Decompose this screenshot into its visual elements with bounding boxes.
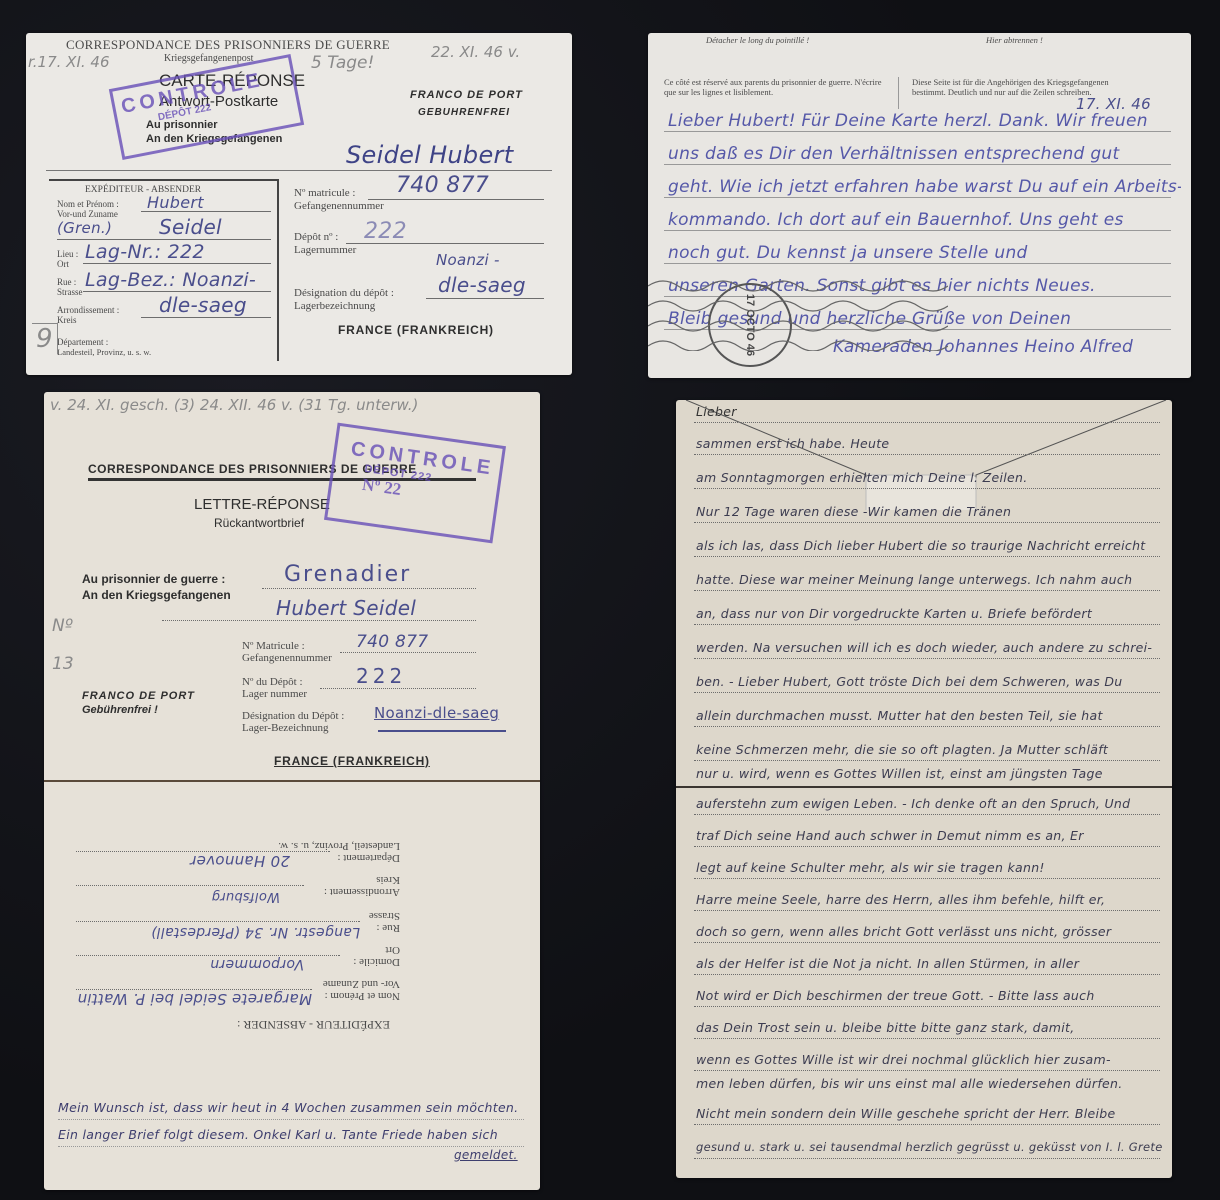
letter-line: allein durchmachen musst. Mutter hat den…: [696, 708, 1162, 723]
margin-number-label: Nº: [52, 616, 73, 636]
field-line: [340, 652, 476, 653]
matricule-label-de: Gefangenennummer: [242, 652, 332, 664]
street-value: Lag-Bez.: Noanzi-: [85, 269, 256, 291]
letter-line: gesund u. stark u. sei tausendmal herzli…: [696, 1140, 1162, 1154]
letter-line: an, dass nur von Dir vorgedruckte Karten…: [696, 606, 1162, 621]
letter-line: ben. - Lieber Hubert, Gott tröste Dich b…: [696, 674, 1162, 689]
matricule-label: Nº matricule :: [294, 187, 355, 199]
instructions-divider: [898, 77, 899, 109]
district-value: dle-saeg: [159, 293, 247, 317]
field-line: [76, 885, 304, 886]
letter-line: noch gut. Du kennst ja unsere Stelle und: [668, 243, 1181, 263]
street-label: Rue :: [57, 277, 76, 287]
margin-note: 9: [32, 323, 58, 354]
place-value: Lag-Nr.: 222: [85, 241, 205, 263]
field-line: [57, 239, 271, 240]
ruled-line: [694, 556, 1160, 557]
designation-label-de: Lagerbezeichnung: [294, 300, 375, 312]
wavy-cancellation-icon: [648, 271, 948, 351]
addressee-label-de: An den Kriegsgefangenen: [82, 588, 231, 602]
detach-label-fr: Détacher le long du pointillé !: [706, 35, 809, 45]
street-value: Langestr. Nr. 34 (Pferdestall): [151, 924, 360, 940]
letter-line: wenn es Gottes Wille ist wir drei nochma…: [696, 1052, 1162, 1067]
field-line: [320, 688, 476, 689]
designation-label: Désignation du Dépôt :: [242, 710, 344, 722]
ruled-line: [694, 454, 1160, 455]
matricule-label: Nº Matricule :: [242, 640, 305, 652]
letter-line: uns daß es Dir den Verhältnissen entspre…: [668, 144, 1181, 164]
letter-line: Nicht mein sondern dein Wille geschehe s…: [696, 1106, 1162, 1121]
ruled-line: [694, 522, 1160, 523]
addressee-name: Hubert Seidel: [276, 596, 416, 620]
letter-line: Lieber Hubert! Für Deine Karte herzl. Da…: [668, 111, 1181, 131]
name-label: Nom et Prénom :: [57, 199, 119, 209]
field-line: [76, 989, 312, 990]
letter-line: auferstehn zum ewigen Leben. - Ich denke…: [696, 796, 1162, 811]
street-label: Rue :: [376, 922, 400, 934]
message-line: Mein Wunsch ist, dass wir heut in 4 Woch…: [58, 1100, 530, 1115]
ruled-line: [694, 1124, 1160, 1125]
street-label-de: Strasse: [57, 287, 83, 297]
field-line: [141, 317, 271, 318]
letter-line: Lieber: [696, 404, 1162, 419]
fold-line: [676, 786, 1172, 788]
name-label: Nom et Prénom :: [325, 990, 400, 1002]
domicile-value: Vorpommern: [210, 956, 304, 972]
domicile-label: Domicile :: [353, 956, 400, 968]
margin-number: 13: [52, 654, 74, 674]
name-label-de: Vor-und Zuname: [57, 209, 118, 219]
matricule-value: 740 877: [396, 173, 489, 198]
street-label-de: Strasse: [369, 910, 400, 922]
name-label-de: Vor- und Zuname: [323, 978, 400, 990]
ruled-line: [694, 760, 1160, 761]
ruled-line: [694, 974, 1160, 975]
field-line: [141, 211, 271, 212]
letter-line: als der Helfer ist die Not ja nicht. In …: [696, 956, 1162, 971]
controle-stamp: CONTROLE DÉPOT 222 Nº 22: [324, 423, 506, 544]
depot-label: Nº du Dépôt :: [242, 676, 303, 688]
field-line: [76, 921, 360, 922]
sender-first-name: Hubert: [147, 193, 204, 212]
pencil-note-top: v. 24. XI. gesch. (3) 24. XII. 46 v. (31…: [50, 396, 418, 414]
district-label-de: Kreis: [57, 315, 77, 325]
ruled-line: [664, 263, 1171, 264]
district-label-de: Kreis: [376, 874, 400, 886]
card-header-title: CORRESPONDANCE DES PRISONNIERS DE GUERRE: [66, 37, 390, 53]
ruled-line: [694, 1006, 1160, 1007]
letter-line: keine Schmerzen mehr, die sie so oft pla…: [696, 742, 1162, 757]
ruled-line: [694, 590, 1160, 591]
addressee-label-fr: Au prisonnier de guerre :: [82, 572, 225, 586]
ruled-line: [58, 1146, 524, 1147]
field-line: [162, 620, 476, 621]
designation-label: Désignation du dépôt :: [294, 287, 394, 299]
sender-last-name: Seidel: [159, 215, 222, 239]
letter-line: Not wird er Dich beschirmen der treue Go…: [696, 988, 1162, 1003]
ruled-line: [694, 910, 1160, 911]
sender-name-value: Margarete Seidel bei P. Wattin: [77, 990, 312, 1008]
letter-line: das Dein Trost sein u. bleibe bitte bitt…: [696, 1020, 1162, 1035]
letter-line: sammen erst ich habe. Heute: [696, 436, 1162, 451]
ruled-line: [694, 692, 1160, 693]
divider: [46, 170, 552, 171]
addressee-name: Seidel Hubert: [346, 141, 513, 169]
ruled-line: [694, 846, 1160, 847]
letter-line: Nur 12 Tage waren diese -Wir kamen die T…: [696, 504, 1162, 519]
letter-line: werden. Na versuchen will ich es doch wi…: [696, 640, 1162, 655]
place-label-de: Ort: [57, 259, 69, 269]
sender-rank: (Gren.): [57, 219, 112, 237]
pencil-note-date: 22. XI. 46 v.: [431, 43, 520, 61]
designation-value: Noanzi-dle-saeg: [374, 704, 499, 722]
letter-back-card: Lieber sammen erst ich habe. Heute am So…: [676, 400, 1172, 1178]
field-line: [262, 588, 476, 589]
place-label: Lieu :: [57, 249, 78, 259]
field-line: [83, 263, 271, 264]
district-label: Arrondissement :: [57, 305, 119, 315]
pencil-note-received: r.17. XI. 46: [28, 53, 110, 71]
depot-value: 222: [356, 664, 406, 688]
field-line: [426, 298, 544, 299]
depot-label-de: Lager nummer: [242, 688, 307, 700]
country-label: FRANCE (FRANKREICH): [274, 754, 430, 768]
field-line: [76, 851, 330, 852]
field-line: [83, 291, 271, 292]
instructions-fr: Ce côté est réservé aux parents du priso…: [664, 77, 884, 97]
field-underline: [378, 730, 506, 732]
ruled-line: [694, 878, 1160, 879]
addressee-rank: Grenadier: [284, 562, 411, 587]
district-label: Arrondissement :: [324, 886, 400, 898]
sender-section-inverted: EXPÉDITEUR - ABSENDER : Nom et Prénom : …: [44, 790, 540, 1042]
sender-header: EXPÉDITEUR - ABSENDER :: [237, 1017, 390, 1032]
field-line: [346, 243, 544, 244]
message-line: gemeldet.: [454, 1148, 518, 1162]
letter-line: kommando. Ich dort auf ein Bauernhof. Un…: [668, 210, 1181, 230]
letter-line: hatte. Diese war meiner Meinung lange un…: [696, 572, 1162, 587]
ruled-line: [694, 488, 1160, 489]
matricule-value: 740 877: [356, 632, 428, 652]
message-line: Ein langer Brief folgt diesem. Onkel Kar…: [58, 1127, 530, 1142]
letter-line: doch so gern, wenn alles bricht Gott ver…: [696, 924, 1162, 939]
letter-line: legt auf keine Schulter mehr, als wir si…: [696, 860, 1162, 875]
letter-line: Harre meine Seele, harre des Herrn, alle…: [696, 892, 1162, 907]
fold-line: [44, 780, 540, 782]
depot-label: Dépôt nº :: [294, 231, 338, 243]
designation-value-2: dle-saeg: [438, 273, 526, 297]
letter-line: nur u. wird, wenn es Gottes Willen ist, …: [696, 766, 1162, 781]
ruled-line: [664, 164, 1171, 165]
detach-label-de: Hier abtrennen !: [986, 35, 1043, 45]
dept-label-de: Landesteil, Provinz, u. s. w.: [57, 347, 151, 357]
field-line: [368, 199, 544, 200]
depot-label-de: Lagernummer: [294, 244, 356, 256]
form-subtitle: Rückantwortbrief: [214, 516, 304, 530]
ruled-line: [664, 230, 1171, 231]
letter-line: als ich las, dass Dich lieber Hubert die…: [696, 538, 1162, 553]
country-label: FRANCE (FRANKREICH): [338, 323, 494, 337]
card-header-subtitle: Kriegsgefangenenpost: [164, 53, 253, 64]
district-value: Wolfsburg: [211, 889, 280, 904]
dept-value: 20 Hannover: [190, 852, 290, 870]
ruled-line: [694, 1070, 1160, 1071]
franco-label: FRANCO DE PORT: [410, 89, 523, 101]
designation-label-de: Lager-Bezeichnung: [242, 722, 329, 734]
gebuhrenfrei-label: Gebührenfrei !: [82, 704, 158, 716]
ruled-line: [694, 814, 1160, 815]
ruled-line: [664, 197, 1171, 198]
letter-line: geht. Wie ich jetzt erfahren habe warst …: [668, 177, 1181, 197]
letter-line: traf Dich seine Hand auch schwer in Demu…: [696, 828, 1162, 843]
designation-value-1: Noanzi -: [436, 251, 500, 269]
gebuhrenfrei-label: GEBUHRENFREI: [418, 107, 510, 118]
domicile-label-de: Ort: [385, 944, 400, 956]
reply-card: Détacher le long du pointillé ! Hier abt…: [648, 33, 1191, 378]
form-title: LETTRE-RÉPONSE: [194, 496, 330, 513]
ruled-line: [694, 1158, 1160, 1159]
dept-label: Département :: [57, 337, 108, 347]
ruled-line: [694, 1038, 1160, 1039]
carte-reponse-card: CORRESPONDANCE DES PRISONNIERS DE GUERRE…: [26, 33, 572, 375]
depot-value: 222: [364, 219, 407, 244]
letter-line: am Sonntagmorgen erhielten mich Deine l.…: [696, 470, 1162, 485]
ruled-line: [694, 726, 1160, 727]
ruled-line: [694, 658, 1160, 659]
ruled-line: [694, 422, 1160, 423]
instructions-de: Diese Seite ist für die Angehörigen des …: [912, 77, 1132, 97]
letter-line: men leben dürfen, bis wir uns einst mal …: [696, 1076, 1162, 1091]
ruled-line: [664, 131, 1171, 132]
field-line: [76, 955, 340, 956]
matricule-label-de: Gefangenennummer: [294, 200, 384, 212]
pencil-note-days: 5 Tage!: [311, 53, 374, 73]
lettre-reponse-card: v. 24. XI. gesch. (3) 24. XII. 46 v. (31…: [44, 392, 540, 1190]
sender-box: EXPÉDITEUR - ABSENDER Nom et Prénom : Vo…: [49, 179, 279, 361]
ruled-line: [694, 624, 1160, 625]
franco-label: FRANCO DE PORT: [82, 690, 195, 702]
ruled-line: [694, 942, 1160, 943]
dept-label: Département :: [337, 852, 400, 864]
ruled-line: [58, 1119, 524, 1120]
